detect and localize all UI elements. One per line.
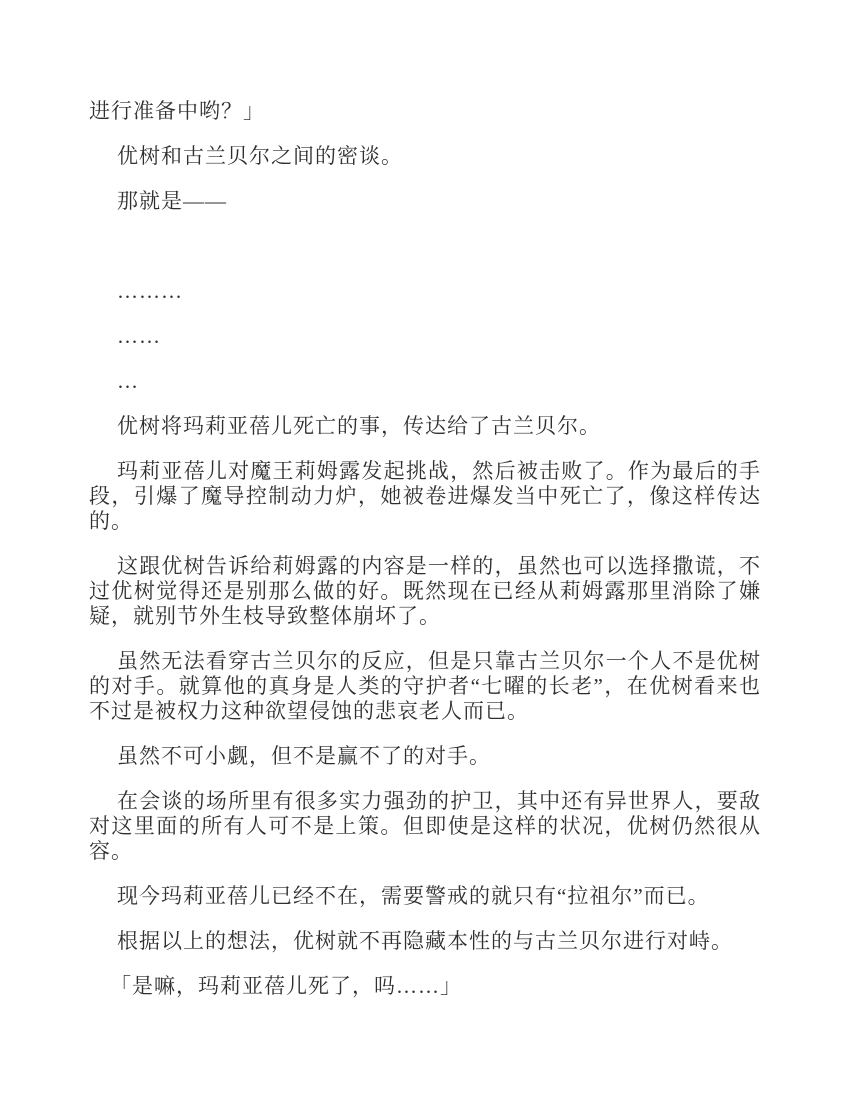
paragraph: 虽然不可小觑，但不是赢不了的对手。	[89, 744, 761, 769]
ellipsis-line: ………	[89, 279, 761, 304]
paragraph: 那就是——	[89, 189, 761, 214]
novel-page: 进行准备中哟？」 优树和古兰贝尔之间的密谈。 那就是—— ……… …… … 优树…	[0, 0, 850, 1100]
paragraph: 这跟优树告诉给莉姆露的内容是一样的，虽然也可以选择撒谎，不过优树觉得还是别那么做…	[89, 554, 761, 629]
ellipsis-line: ……	[89, 324, 761, 349]
paragraph: 在会谈的场所里有很多实力强劲的护卫，其中还有异世界人，要敌对这里面的所有人可不是…	[89, 789, 761, 864]
paragraph: 玛莉亚蓓儿对魔王莉姆露发起挑战，然后被击败了。作为最后的手段，引爆了魔导控制动力…	[89, 459, 761, 534]
paragraph: 优树将玛莉亚蓓儿死亡的事，传达给了古兰贝尔。	[89, 414, 761, 439]
paragraph: 优树和古兰贝尔之间的密谈。	[89, 144, 761, 169]
paragraph: 现今玛莉亚蓓儿已经不在，需要警戒的就只有“拉祖尔”而已。	[89, 884, 761, 909]
blank-line	[89, 234, 761, 259]
paragraph: 根据以上的想法，优树就不再隐藏本性的与古兰贝尔进行对峙。	[89, 929, 761, 954]
ellipsis-line: …	[89, 369, 761, 394]
paragraph: 虽然无法看穿古兰贝尔的反应，但是只靠古兰贝尔一个人不是优树的对手。就算他的真身是…	[89, 649, 761, 724]
dialogue-line: 「是嘛，玛莉亚蓓儿死了，吗……」	[89, 974, 761, 999]
paragraph-continuation: 进行准备中哟？」	[89, 99, 761, 124]
